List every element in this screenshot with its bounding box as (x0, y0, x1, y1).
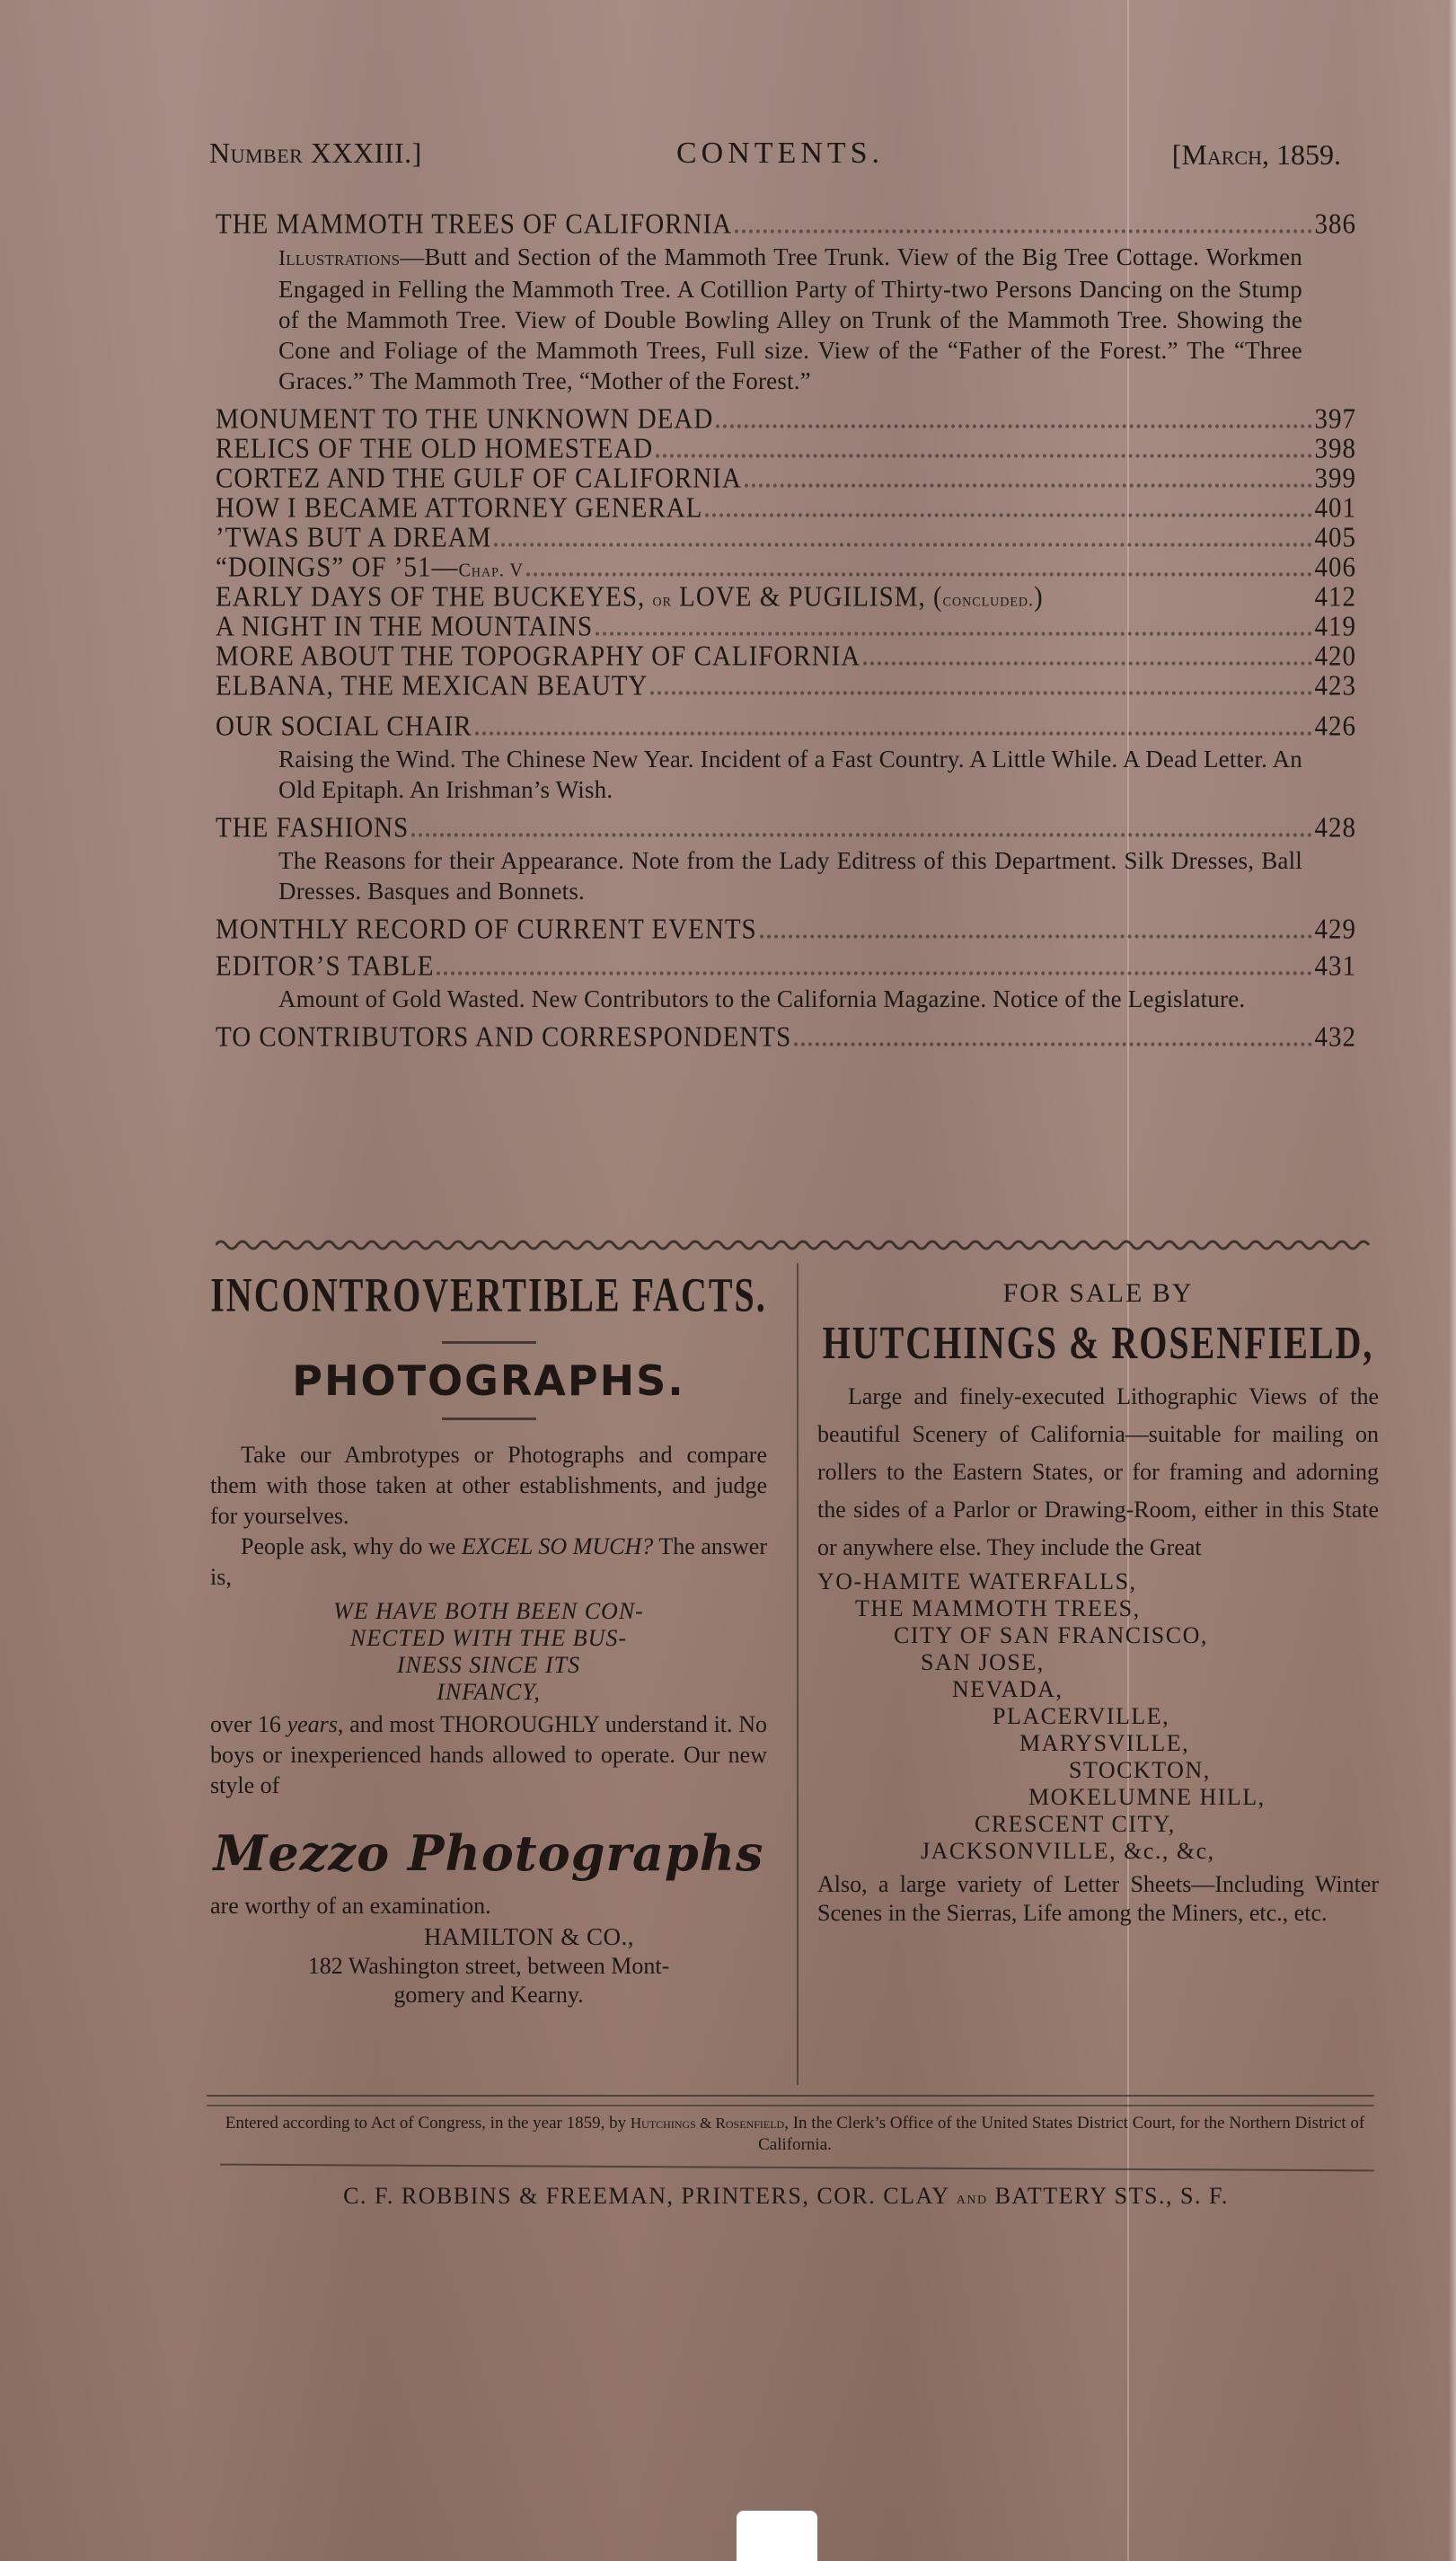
ad-paragraph: are worthy of an examination. (210, 1891, 767, 1921)
toc-title-main: “DOINGS” OF ’51— (216, 552, 459, 584)
address-line: gomery and Kearny. (210, 1981, 767, 2009)
toc-title: MORE ABOUT THE TOPOGRAPHY OF CALIFORNIA (216, 641, 860, 674)
toc-title-concluded: concluded. (943, 589, 1034, 611)
ad-paragraph: People ask, why do we EXCEL SO MUCH? The… (210, 1532, 767, 1593)
ad-paragraph: Also, a large variety of Letter Sheets—I… (817, 1870, 1379, 1928)
toc-entry: TO CONTRIBUTORS AND CORRESPONDENTS432 (216, 1023, 1356, 1053)
toc-entry: CORTEZ AND THE GULF OF CALIFORNIA399 (216, 464, 1356, 494)
toc-entry: EDITOR’S TABLE431 Amount of Gold Wasted.… (216, 952, 1356, 1014)
toc-page: 420 (1315, 641, 1357, 674)
page-header: Number XXXIII.] CONTENTS. [March, 1859. (209, 137, 1341, 181)
dot-leader (863, 661, 1311, 665)
italic-statement: WE HAVE BOTH BEEN CON- NECTED WITH THE B… (210, 1598, 767, 1706)
issue-date: [March, 1859. (1172, 138, 1341, 172)
column-divider (797, 1263, 799, 2085)
toc-title: EDITOR’S TABLE (216, 951, 434, 984)
toc-title: MONUMENT TO THE UNKNOWN DEAD (216, 404, 713, 437)
toc-page: 412 (1315, 582, 1357, 614)
text-run: , In the Clerk’s Office of the United St… (758, 2114, 1364, 2154)
feature-title: Mezzo Photographs (210, 1824, 767, 1882)
place-item: JACKSONVILLE, &c., &c, (817, 1838, 1379, 1865)
advertiser-name: HAMILTON & CO., (291, 1921, 767, 1952)
text-run: over 16 (210, 1711, 287, 1737)
toc-title-main: EARLY DAYS OF THE BUCKEYES, (216, 582, 652, 614)
address-line: 182 Washington street, between Mont- (210, 1952, 767, 1981)
text-run: and (957, 2188, 988, 2208)
emphasis-text: EXCEL SO MUCH? (462, 1533, 653, 1559)
toc-page: 401 (1315, 493, 1357, 525)
table-of-contents: THE MAMMOTH TREES OF CALIFORNIA 386 Illu… (216, 210, 1356, 1053)
ad-headline: INCONTROVERTIBLE FACTS. (210, 1267, 767, 1323)
toc-title: A NIGHT IN THE MOUNTAINS (216, 612, 593, 644)
dot-leader (716, 424, 1311, 428)
toc-title: EARLY DAYS OF THE BUCKEYES, or LOVE & PU… (216, 582, 1044, 614)
toc-title-close: ) (1034, 582, 1044, 614)
toc-page: 405 (1315, 523, 1357, 555)
wavy-divider (216, 1235, 1374, 1255)
toc-page: 426 (1315, 711, 1357, 744)
paper-edge (1449, 0, 1456, 2561)
italic-line: INFANCY, (210, 1679, 767, 1706)
toc-entry: OUR SOCIAL CHAIR426 Raising the Wind. Th… (216, 712, 1356, 805)
text-run: C. F. ROBBINS & FREEMAN, PRINTERS, COR. … (343, 2183, 957, 2209)
paper-tear (737, 2511, 817, 2561)
dot-leader (794, 1042, 1311, 1046)
toc-description: The Reasons for their Appearance. Note f… (278, 845, 1302, 906)
dot-leader (760, 934, 1312, 938)
place-item: CRESCENT CITY, (817, 1811, 1379, 1838)
page-title: CONTENTS. (676, 137, 884, 171)
ad-paragraph: Take our Ambrotypes or Photographs and c… (210, 1440, 767, 1532)
emphasis-text: years (287, 1711, 338, 1737)
dot-leader (411, 833, 1311, 836)
toc-page: 419 (1315, 612, 1357, 644)
illustrations-label: Illustrations (278, 247, 400, 270)
toc-title: CORTEZ AND THE GULF OF CALIFORNIA (216, 464, 742, 496)
place-item: SAN JOSE, (817, 1649, 1379, 1676)
toc-entry: MORE ABOUT THE TOPOGRAPHY OF CALIFORNIA4… (216, 642, 1356, 672)
italic-line: WE HAVE BOTH BEEN CON- (210, 1598, 767, 1625)
copyright-holder: Hutchings & Rosenfield (631, 2115, 784, 2132)
toc-page: 386 (1315, 209, 1357, 242)
places-list: YO-HAMITE WATERFALLS, THE MAMMOTH TREES,… (817, 1568, 1379, 1865)
toc-page: 399 (1315, 464, 1357, 496)
firm-name: HUTCHINGS & ROSENFIELD, (817, 1315, 1379, 1370)
dot-leader (735, 229, 1311, 233)
place-item: YO-HAMITE WATERFALLS, (817, 1568, 1379, 1595)
place-item: MOKELUMNE HILL, (817, 1784, 1379, 1811)
ad-paragraph: over 16 years, and most THOROUGHLY under… (210, 1709, 767, 1801)
place-item: CITY OF SAN FRANCISCO, (817, 1622, 1379, 1649)
dot-leader (475, 731, 1312, 735)
dot-leader (650, 691, 1311, 694)
place-item: THE MAMMOTH TREES, (817, 1595, 1379, 1622)
toc-entry: HOW I BECAME ATTORNEY GENERAL401 (216, 494, 1356, 524)
issue-number: Number XXXIII.] (209, 137, 422, 170)
toc-entry: ’TWAS BUT A DREAM405 (216, 524, 1356, 553)
toc-title: OUR SOCIAL CHAIR (216, 711, 472, 744)
advertisement-photographs: INCONTROVERTIBLE FACTS. PHOTOGRAPHS. Tak… (210, 1258, 767, 2009)
toc-entry: A NIGHT IN THE MOUNTAINS419 (216, 613, 1356, 642)
place-item: MARYSVILLE, (817, 1730, 1379, 1757)
copyright-notice: Entered according to Act of Congress, in… (207, 2113, 1383, 2156)
toc-title: “DOINGS” OF ’51—Chap. V (216, 552, 524, 585)
toc-title: MONTHLY RECORD OF CURRENT EVENTS (216, 914, 757, 947)
toc-entry: EARLY DAYS OF THE BUCKEYES, or LOVE & PU… (216, 583, 1356, 613)
ad-subheadline: PHOTOGRAPHS. (210, 1356, 767, 1405)
place-item: PLACERVILLE, (817, 1703, 1379, 1730)
toc-title: ELBANA, THE MEXICAN BEAUTY (216, 671, 648, 703)
short-rule (442, 1341, 536, 1344)
text-run: BATTERY STS., S. F. (988, 2183, 1229, 2209)
double-rule (207, 2095, 1374, 2106)
toc-entry: “DOINGS” OF ’51—Chap. V406 (216, 553, 1356, 583)
toc-title-chapter: Chap. V (459, 560, 524, 581)
for-sale-label: FOR SALE BY (817, 1278, 1379, 1309)
toc-page: 406 (1315, 552, 1357, 585)
toc-page: 397 (1315, 404, 1357, 437)
text-run: People ask, why do we (241, 1533, 462, 1559)
toc-entry: ELBANA, THE MEXICAN BEAUTY423 (216, 672, 1356, 702)
place-item: NEVADA, (817, 1676, 1379, 1703)
italic-line: NECTED WITH THE BUS- (210, 1625, 767, 1652)
toc-title: THE MAMMOTH TREES OF CALIFORNIA (216, 209, 732, 242)
toc-title-or: or (652, 589, 671, 611)
place-item: STOCKTON, (817, 1757, 1379, 1784)
toc-title: RELICS OF THE OLD HOMESTEAD (216, 434, 653, 466)
italic-line: INESS SINCE ITS (210, 1652, 767, 1679)
toc-description: Raising the Wind. The Chinese New Year. … (278, 744, 1302, 805)
toc-entry: RELICS OF THE OLD HOMESTEAD398 (216, 435, 1356, 464)
toc-title: TO CONTRIBUTORS AND CORRESPONDENTS (216, 1022, 791, 1055)
toc-page: 423 (1315, 671, 1357, 703)
toc-description: Amount of Gold Wasted. New Contributors … (278, 984, 1302, 1014)
toc-entry: THE MAMMOTH TREES OF CALIFORNIA 386 Illu… (216, 210, 1356, 396)
dot-leader (437, 971, 1311, 975)
short-rule (442, 1417, 536, 1420)
toc-page: 398 (1315, 434, 1357, 466)
toc-title: ’TWAS BUT A DREAM (216, 523, 491, 555)
toc-description: Illustrations—Butt and Section of the Ma… (278, 242, 1302, 396)
toc-title: HOW I BECAME ATTORNEY GENERAL (216, 493, 702, 525)
illustrations-list: —Butt and Section of the Mammoth Tree Tr… (278, 243, 1302, 394)
dot-leader (705, 513, 1311, 517)
toc-page: 428 (1315, 813, 1357, 845)
text-run: Entered according to Act of Congress, in… (225, 2114, 631, 2133)
toc-entry: MONUMENT TO THE UNKNOWN DEAD397 (216, 405, 1356, 435)
dot-leader (656, 454, 1311, 457)
ad-paragraph: Large and finely-executed Lithographic V… (817, 1378, 1379, 1567)
toc-entry: MONTHLY RECORD OF CURRENT EVENTS429 (216, 915, 1356, 945)
toc-title: THE FASHIONS (216, 813, 409, 845)
toc-title-rest: LOVE & PUGILISM, ( (672, 582, 943, 614)
toc-page: 432 (1315, 1022, 1357, 1055)
toc-entry: THE FASHIONS428 The Reasons for their Ap… (216, 814, 1356, 906)
dot-leader (745, 483, 1312, 487)
dot-leader (494, 543, 1311, 546)
toc-page: 429 (1315, 914, 1357, 947)
dot-leader (526, 572, 1312, 576)
dot-leader (596, 631, 1311, 635)
advertisement-lithographs: FOR SALE BY HUTCHINGS & ROSENFIELD, Larg… (817, 1262, 1379, 1928)
printer-imprint: C. F. ROBBINS & FREEMAN, PRINTERS, COR. … (202, 2183, 1370, 2210)
toc-page: 431 (1315, 951, 1357, 984)
